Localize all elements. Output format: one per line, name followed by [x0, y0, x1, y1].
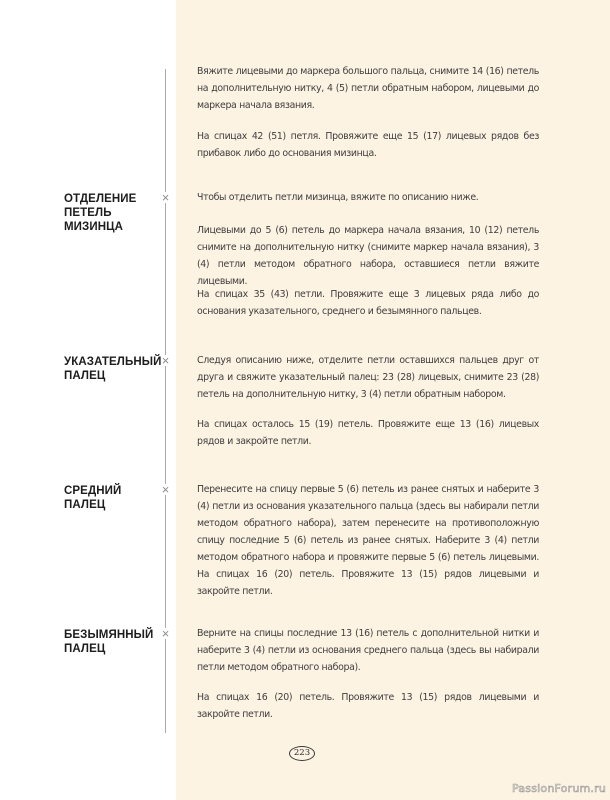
ring-paragraph-1: Верните на спицы последние 13 (16) петел…: [197, 625, 539, 676]
pinky-paragraph-2: Лицевыми до 5 (6) петель до маркера нача…: [197, 222, 539, 290]
watermark: PassionForum.ru: [512, 782, 606, 795]
section-marker-x-icon: ×: [160, 628, 171, 639]
intro-paragraph-2: На спицах 42 (51) петля. Провяжите еще 1…: [197, 128, 539, 162]
index-paragraph-1: Следуя описанию ниже, отделите петли ост…: [197, 352, 539, 403]
section-heading-pinky: ОТДЕЛЕНИЕ ПЕТЕЛЬ МИЗИНЦА: [64, 192, 160, 234]
middle-paragraph-1: Перенесите на спицу первые 5 (6) петель …: [197, 481, 539, 600]
ring-paragraph-2: На спицах 16 (20) петель. Провяжите 13 (…: [197, 689, 539, 723]
section-heading-index-finger: УКАЗАТЕЛЬНЫЙ ПАЛЕЦ: [64, 355, 160, 383]
section-heading-middle-finger: СРЕДНИЙ ПАЛЕЦ: [64, 484, 164, 512]
intro-paragraph-1: Вяжите лицевыми до маркера большого паль…: [197, 63, 539, 114]
section-marker-x-icon: ×: [160, 355, 171, 366]
index-paragraph-2: На спицах осталось 15 (19) петель. Провя…: [197, 416, 539, 450]
pinky-paragraph-3: На спицах 35 (43) петли. Провяжите еще 3…: [197, 286, 539, 320]
pinky-paragraph-1: Чтобы отделить петли мизинца, вяжите по …: [197, 189, 539, 206]
section-heading-ring-finger: БЕЗЫМЯННЫЙ ПАЛЕЦ: [64, 628, 160, 656]
section-marker-x-icon: ×: [160, 192, 171, 203]
page-number: 223: [289, 746, 315, 761]
